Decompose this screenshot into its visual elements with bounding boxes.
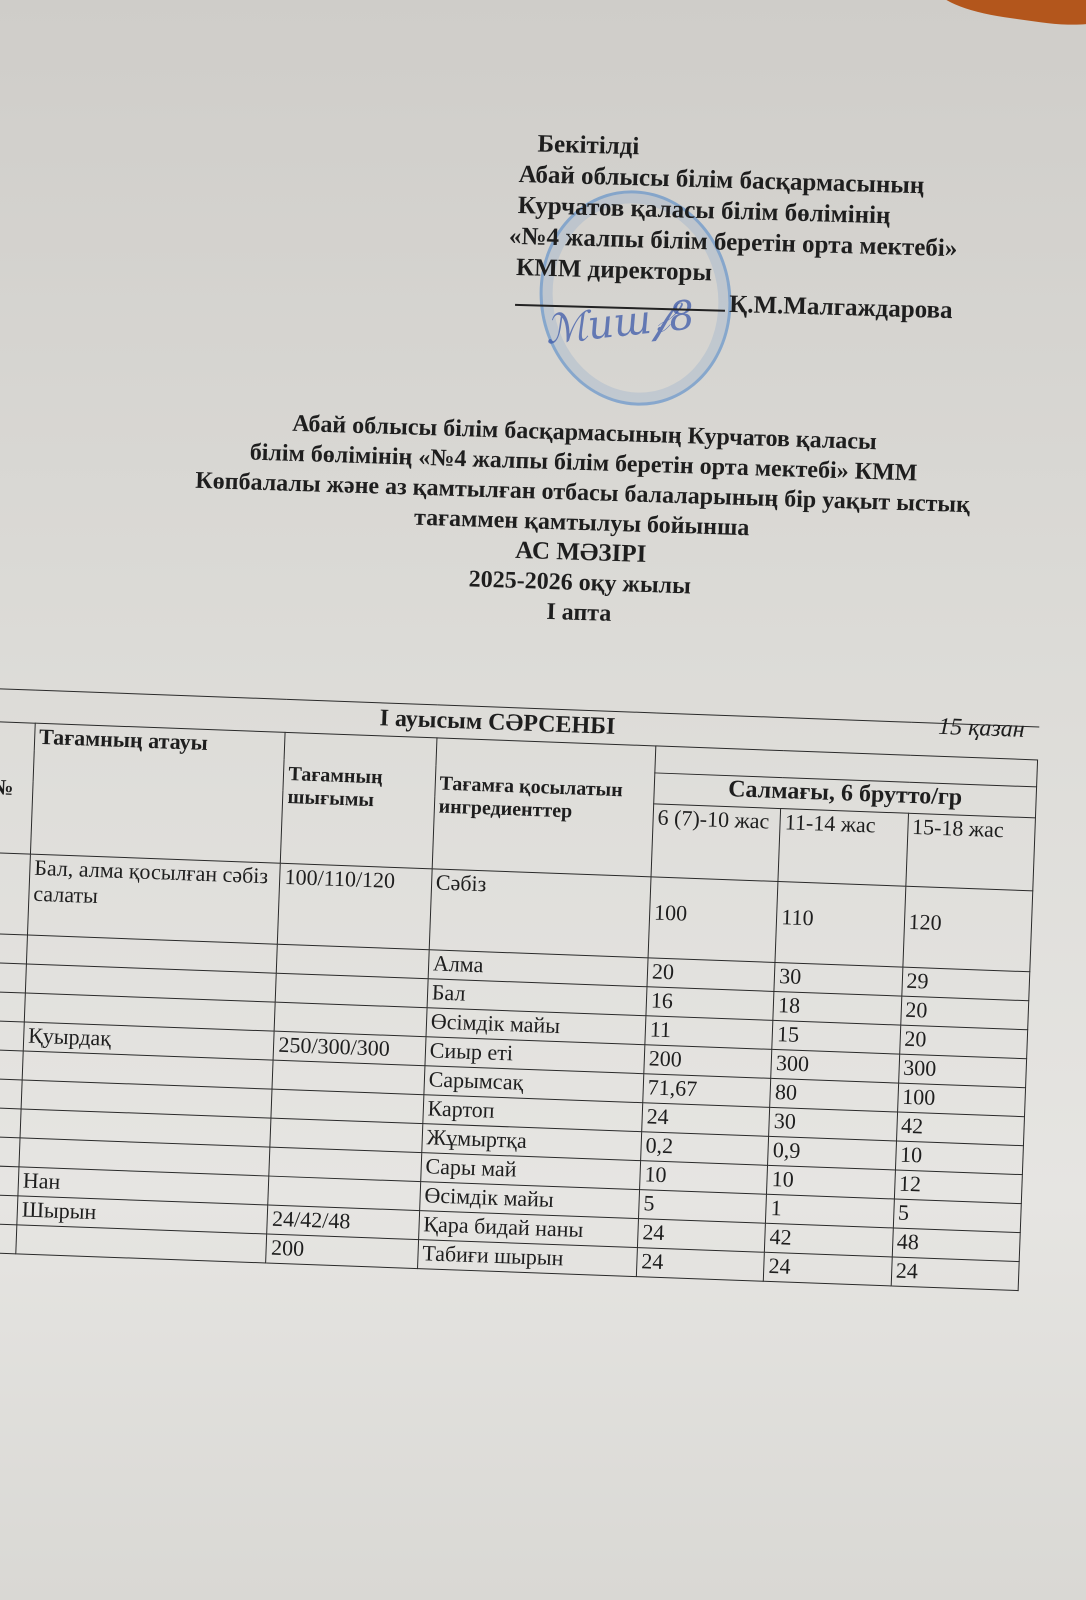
header-dish: Тағамның атауы — [30, 723, 285, 863]
document-title: Абай облысы білім басқармасының Курчатов… — [114, 403, 1050, 642]
cell-v1: 100 — [648, 877, 778, 963]
cell-v2: 15 — [772, 1020, 900, 1054]
cell-output: 200 — [266, 1234, 418, 1269]
cell-v3: 20 — [899, 1025, 1027, 1059]
cell-v2: 300 — [771, 1049, 899, 1083]
cell-v1: 16 — [646, 987, 774, 1021]
cell-no — [0, 1107, 21, 1138]
cell-no: 1 — [0, 852, 30, 935]
header-ingredients: Тағамға қосылатын ингредиенттер — [432, 738, 656, 877]
cell-v1: 200 — [644, 1045, 772, 1079]
header-age-6-10: 6 (7)-10 жас — [651, 804, 781, 882]
cell-no — [0, 1223, 17, 1254]
cell-no — [0, 1078, 22, 1109]
shift-day: І ауысым СӘРСЕНБІ — [379, 705, 616, 741]
cell-v3: 300 — [898, 1054, 1026, 1088]
cell-no — [0, 1165, 19, 1196]
cell-v1: 24 — [636, 1248, 764, 1282]
cell-v2: 0,9 — [768, 1136, 896, 1170]
cell-v2: 30 — [774, 962, 902, 996]
header-age-11-14: 11-14 жас — [778, 809, 908, 887]
cell-no — [0, 933, 27, 964]
cell-no — [0, 962, 26, 993]
signatory-name: Қ.М.Малгаждарова — [729, 291, 953, 324]
cell-v2: 42 — [765, 1223, 893, 1257]
cell-v1: 20 — [647, 958, 775, 992]
cell-v1: 24 — [637, 1219, 765, 1253]
approval-block: Бекітілді Абай облысы білім басқармасыны… — [515, 128, 961, 326]
cell-v2: 10 — [767, 1165, 895, 1199]
cell-ingredient: Сәбіз — [429, 869, 651, 958]
cell-v2: 1 — [766, 1194, 894, 1228]
cell-v3: 5 — [893, 1199, 1021, 1233]
cell-v3: 120 — [902, 886, 1032, 972]
cell-output: 100/110/120 — [278, 863, 432, 949]
cell-v1: 10 — [640, 1161, 768, 1195]
cell-dish: Бал, алма қосылған сәбіз салаты — [27, 854, 280, 944]
cell-v3: 42 — [896, 1112, 1024, 1146]
header-output: Тағамның шығымы — [281, 732, 437, 868]
cell-no — [0, 1194, 18, 1225]
cell-v2: 24 — [764, 1252, 892, 1286]
cell-v3: 100 — [897, 1083, 1025, 1117]
cell-v1: 11 — [645, 1016, 773, 1050]
cell-no — [0, 1049, 23, 1080]
menu-date: 15 қазан — [938, 714, 1025, 744]
cell-v3: 29 — [901, 967, 1029, 1001]
cell-v3: 24 — [891, 1257, 1019, 1291]
cell-v3: 12 — [894, 1170, 1022, 1204]
background-object — [933, 0, 1086, 32]
cell-v1: 24 — [642, 1103, 770, 1137]
cell-v1: 0,2 — [641, 1132, 769, 1166]
cell-v1: 5 — [638, 1190, 766, 1224]
cell-v3: 48 — [892, 1228, 1020, 1262]
cell-v2: 18 — [773, 991, 901, 1025]
cell-v3: 10 — [895, 1141, 1023, 1175]
menu-table: І ауысым СӘРСЕНБІ 15 қазан № Тағамның ат… — [0, 688, 1039, 1291]
header-no: № — [0, 721, 35, 854]
cell-no — [0, 1020, 24, 1051]
signature-line — [515, 304, 725, 312]
cell-v3: 20 — [900, 996, 1028, 1030]
cell-v2: 30 — [769, 1107, 897, 1141]
cell-no — [0, 1136, 20, 1167]
cell-v2: 80 — [770, 1078, 898, 1112]
header-age-15-18: 15-18 жас — [905, 813, 1035, 891]
cell-v1: 71,67 — [643, 1074, 771, 1108]
cell-no — [0, 991, 25, 1022]
cell-v2: 110 — [775, 882, 905, 968]
